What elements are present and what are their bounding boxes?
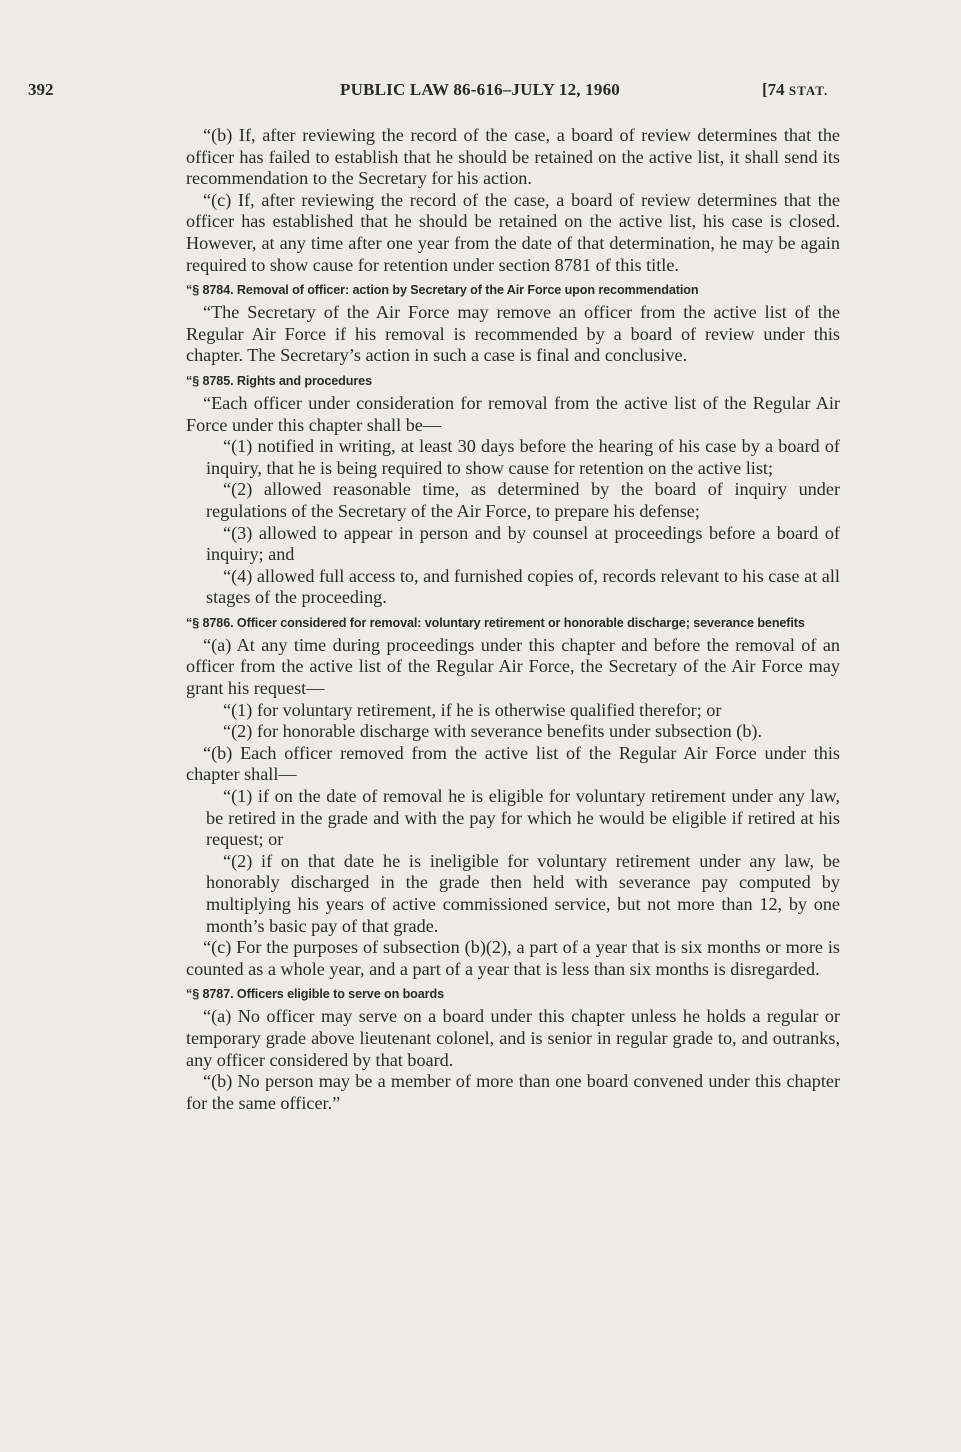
statute-reference: [74 STAT. [762, 80, 828, 100]
statute-label: STAT. [789, 83, 828, 98]
page-number: 392 [28, 80, 54, 100]
paragraph: “(a) At any time during proceedings unde… [186, 635, 840, 700]
list-item: “(1) for voluntary retirement, if he is … [186, 700, 840, 722]
section-heading: “§ 8786. Officer considered for removal:… [186, 616, 840, 631]
list-item: “(2) allowed reasonable time, as determi… [186, 479, 840, 522]
page-header: 392 PUBLIC LAW 86-616–JULY 12, 1960 [74 … [28, 80, 861, 104]
list-item: “(2) for honorable discharge with severa… [186, 721, 840, 743]
list-item: “(4) allowed full access to, and furnish… [186, 566, 840, 609]
section-heading: “§ 8785. Rights and procedures [186, 374, 840, 389]
section-heading: “§ 8784. Removal of officer: action by S… [186, 283, 840, 298]
paragraph: “Each officer under consideration for re… [186, 393, 840, 436]
statute-volume: [74 [762, 80, 785, 99]
paragraph: “(c) For the purposes of subsection (b)(… [186, 937, 840, 980]
paragraph: “(b) Each officer removed from the activ… [186, 743, 840, 786]
paragraph: “(b) No person may be a member of more t… [186, 1071, 840, 1114]
list-item: “(3) allowed to appear in person and by … [186, 523, 840, 566]
list-item: “(2) if on that date he is ineligible fo… [186, 851, 840, 937]
section-8787: “§ 8787. Officers eligible to serve on b… [186, 987, 840, 1114]
running-title: PUBLIC LAW 86-616–JULY 12, 1960 [340, 80, 620, 100]
list-item: “(1) if on the date of removal he is eli… [186, 786, 840, 851]
section-8786: “§ 8786. Officer considered for removal:… [186, 616, 840, 981]
document-body: “(b) If, after reviewing the record of t… [186, 125, 840, 1114]
document-page: 392 PUBLIC LAW 86-616–JULY 12, 1960 [74 … [0, 0, 961, 1452]
section-8784: “§ 8784. Removal of officer: action by S… [186, 283, 840, 367]
paragraph: “(b) If, after reviewing the record of t… [186, 125, 840, 190]
paragraph: “(a) No officer may serve on a board und… [186, 1006, 840, 1071]
paragraph: “The Secretary of the Air Force may remo… [186, 302, 840, 367]
section-8785: “§ 8785. Rights and procedures “Each off… [186, 374, 840, 609]
paragraph: “(c) If, after reviewing the record of t… [186, 190, 840, 276]
list-item: “(1) notified in writing, at least 30 da… [186, 436, 840, 479]
section-heading: “§ 8787. Officers eligible to serve on b… [186, 987, 840, 1002]
section-continuation: “(b) If, after reviewing the record of t… [186, 125, 840, 276]
